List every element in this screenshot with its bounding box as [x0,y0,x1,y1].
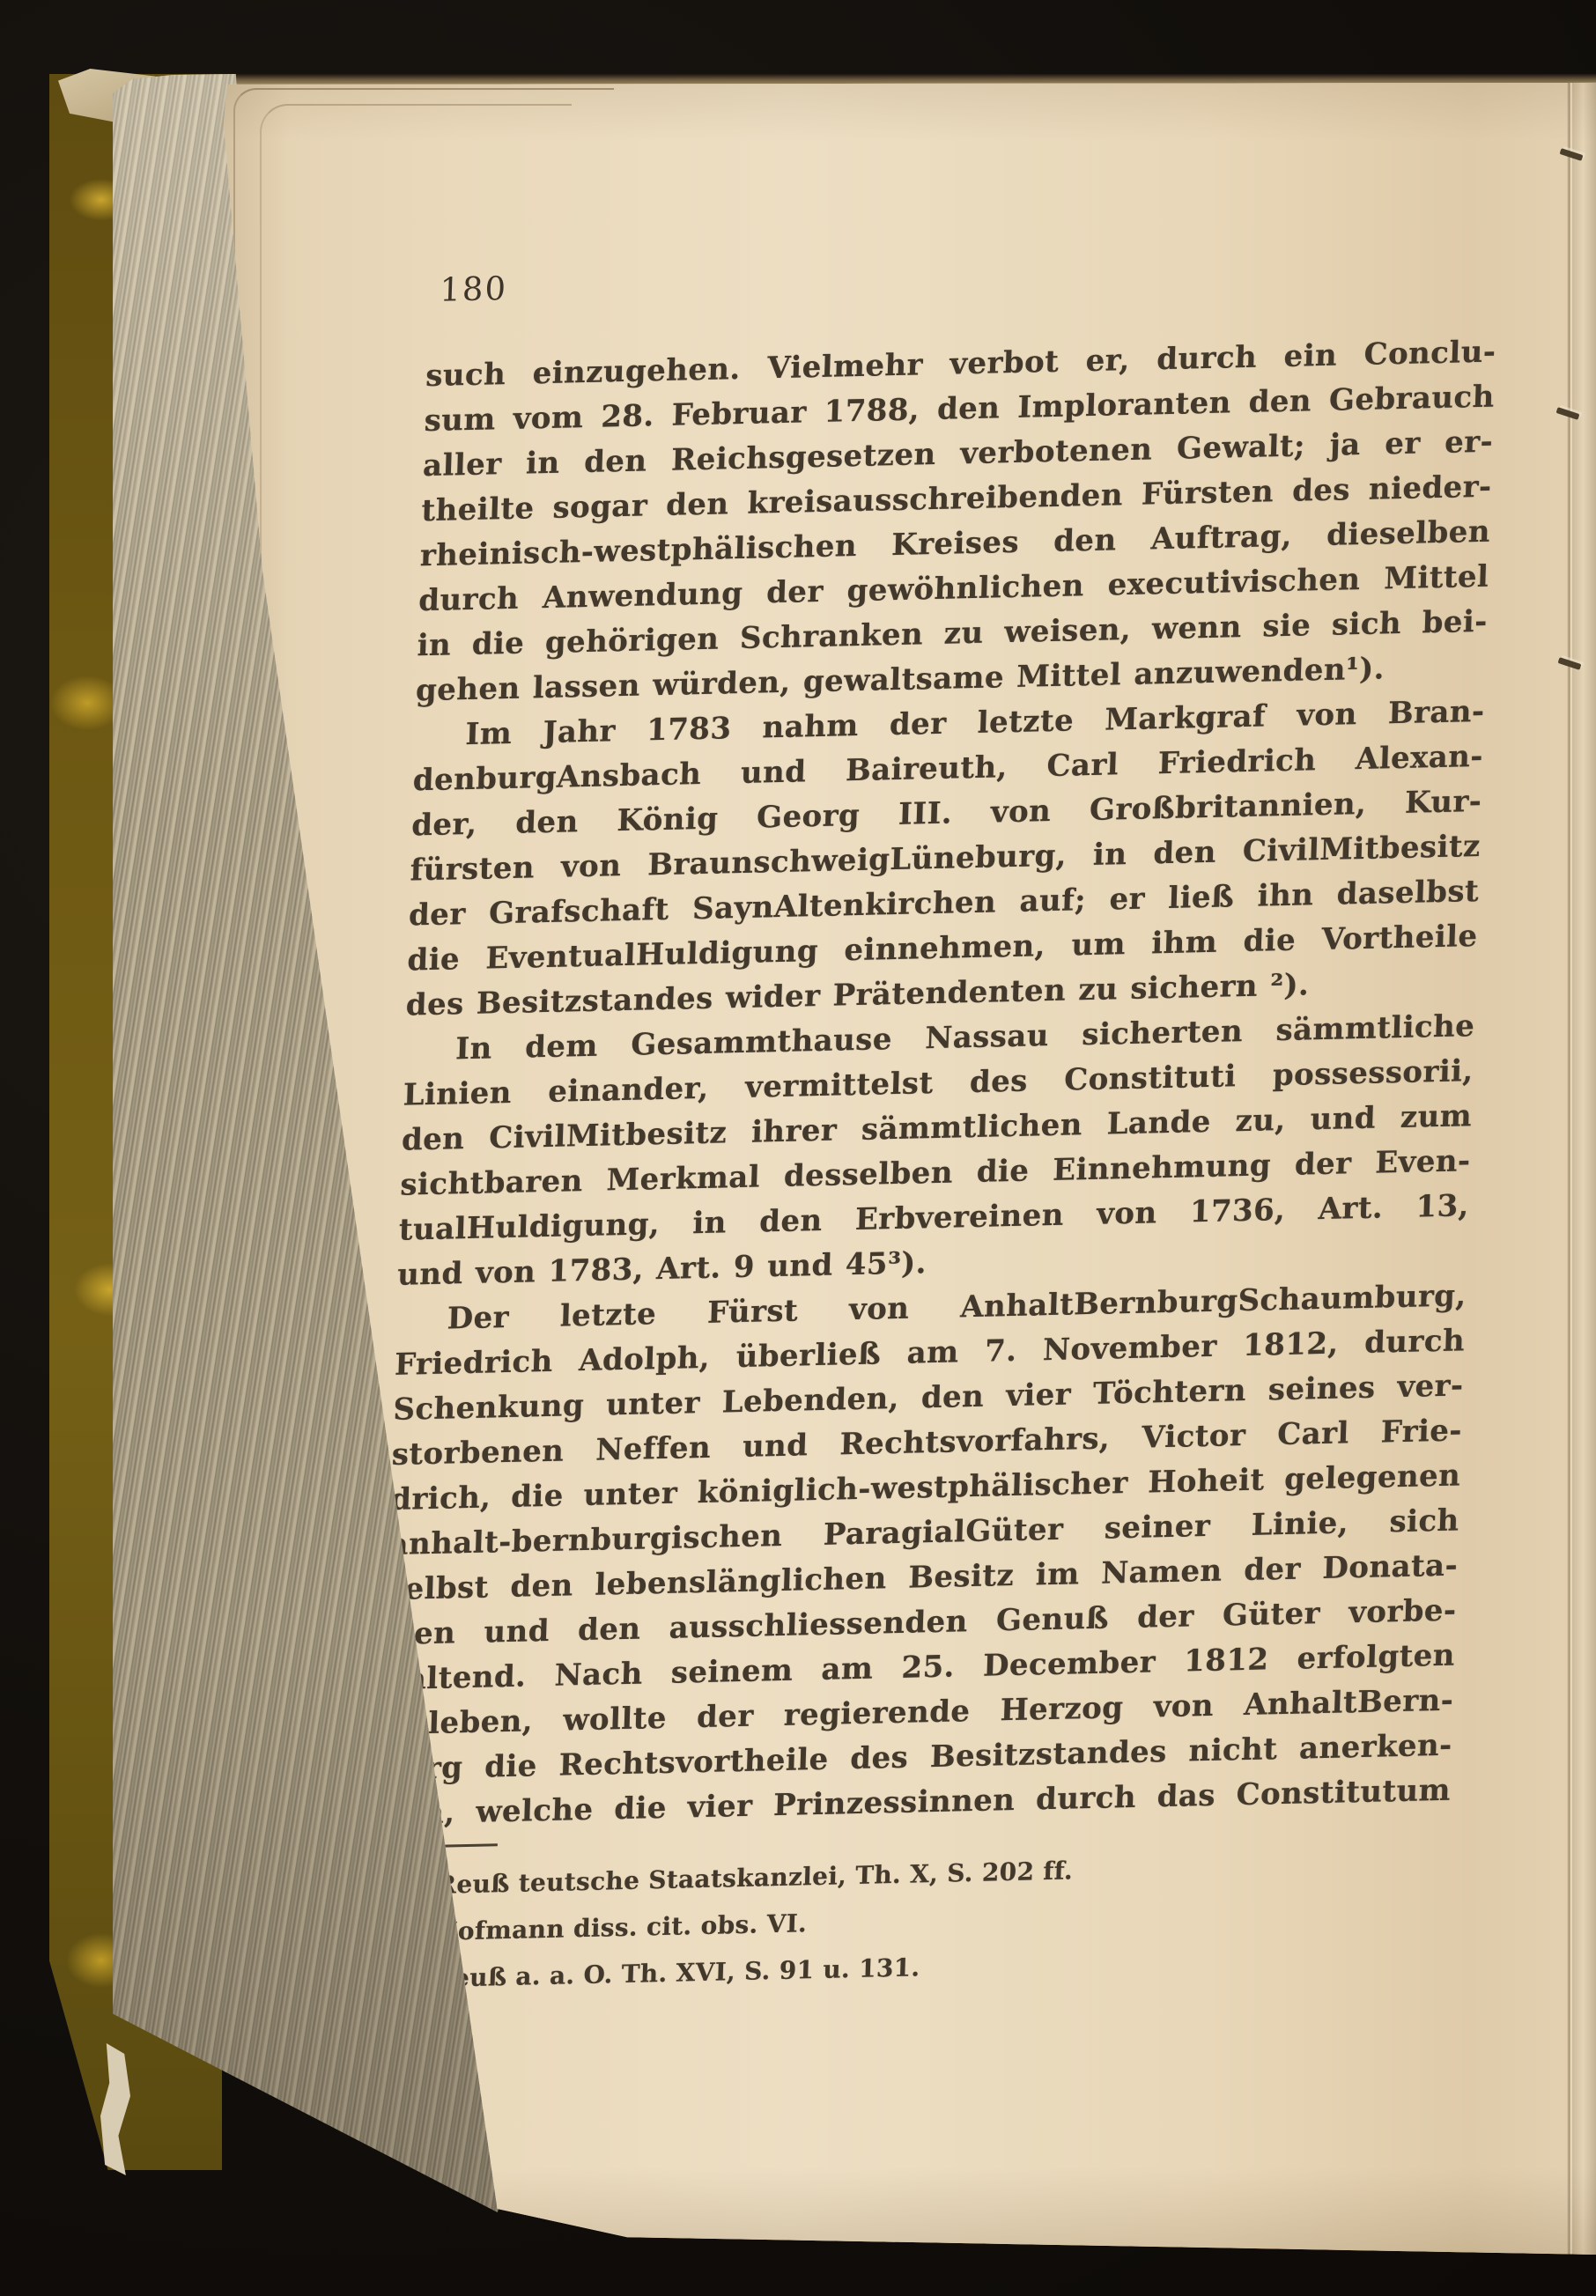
book-scan: 180 such einzugehen. Vielmehr verbot er,… [0,0,1596,2296]
paragraph: Im Jahr 1783 nahm der letzte Markgraf vo… [405,690,1485,1029]
footnotes: 1) Reuß teutsche Staatskanzlei, Th. X, S… [374,1839,1449,2004]
body-text: such einzugehen. Vielmehr verbot er, dur… [380,329,1496,1837]
page-content: 180 such einzugehen. Vielmehr verbot er,… [374,248,1499,2003]
next-page-sliver [1572,76,1596,2255]
paragraph: such einzugehen. Vielmehr verbot er, dur… [415,329,1496,713]
paragraph: Der letzte Fürst von AnhaltBernburgSchau… [380,1274,1467,1837]
paragraph: In dem Gesammthause Nassau sicherten säm… [396,1004,1475,1298]
gutter-crease [1567,76,1572,2255]
